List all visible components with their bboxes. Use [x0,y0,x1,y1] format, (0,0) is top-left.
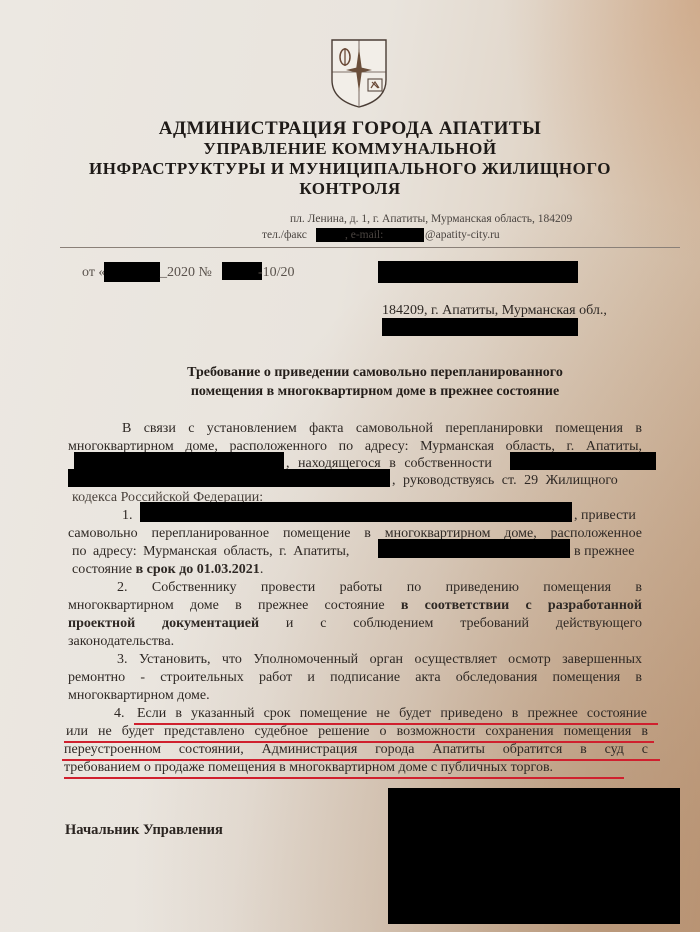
item4-line3: переустроенном состоянии, Администрация … [64,741,648,759]
item2-line2: многоквартирном доме в прежнее состояние… [68,597,642,615]
item1-line3-start: по адресу: Мурманская область, г. Апатит… [72,543,349,561]
redacted-recipient-name [378,261,578,283]
intro-line4: , руководствуясь ст. 29 Жилищного [392,472,618,490]
org-department-line3: КОНТРОЛЯ [0,179,700,199]
email-domain: @apatity-city.ru [425,229,500,241]
item1-line3-end: в прежнее [574,543,634,561]
item2-line4: законодательства. [68,633,174,651]
ref-from: от « [82,264,105,282]
org-department-line1: УПРАВЛЕНИЕ КОММУНАЛЬНОЙ [0,139,700,159]
item1-deadline: в срок до 01.03.2021 [136,562,260,577]
document-title-line1: Требование о приведении самовольно переп… [150,363,600,382]
redacted-email-user [384,228,424,242]
org-name: АДМИНИСТРАЦИЯ ГОРОДА АПАТИТЫ [0,118,700,140]
item3-line2: ремонтно - строительных работ и подписан… [68,669,642,687]
email-label: , e-mail: [345,229,383,241]
redacted-recipient-street [382,318,578,336]
redacted-number [222,262,262,280]
header-divider [60,247,680,248]
item1-number: 1. [122,507,133,525]
org-department-line2: ИНФРАСТРУКТУРЫ И МУНИЦИПАЛЬНОГО ЖИЛИЩНОГ… [0,159,700,179]
item2-line2-bold: в соответствии с разработанной [401,598,642,613]
item3-line3: многоквартирном доме. [68,687,210,705]
ref-year: _2020 № [160,264,212,282]
item1-line4-start: состояние [72,562,136,577]
org-address: пл. Ленина, д. 1, г. Апатиты, Мурманская… [290,213,572,225]
item4-line4: требованием о продаже помещения в многок… [64,759,553,777]
item2-line1: 2. Собственнику провести работы по приве… [117,579,642,597]
tel-label: тел./факс [262,229,307,241]
item3-line1: 3. Установить, что Уполномоченный орган … [117,651,642,669]
item4-line1: Если в указанный срок помещение не будет… [137,705,647,723]
document-title-line2: помещения в многоквартирном доме в прежн… [150,382,600,401]
item1-line1-end: , привести [574,507,636,525]
item2-line2-start: многоквартирном доме в прежнее состояние [68,598,401,613]
redacted-owner-cont [68,469,390,487]
item2-line3-end: и с соблюдением требований действующего [259,616,642,631]
ref-number-suffix: -10/20 [258,264,295,282]
redacted-signature [388,788,680,924]
red-underline-4 [64,777,624,779]
redacted-owner [510,452,656,470]
redacted-item1-subject [140,502,572,522]
redacted-address [74,452,284,470]
coat-of-arms-icon [328,36,390,110]
item1-line4-end: . [260,562,264,577]
signatory-position: Начальник Управления [65,822,223,839]
item2-line3-bold: проектной документацией [68,616,259,631]
redacted-date [104,262,160,282]
document-title: Требование о приведении самовольно переп… [150,363,600,401]
item4-line2: или не будет представлено судебное решен… [66,723,648,741]
redacted-item1-address [378,539,570,558]
item1-line4: состояние в срок до 01.03.2021. [72,561,263,579]
item4-number: 4. [114,705,125,723]
item2-line3: проектной документацией и с соблюдением … [68,615,642,633]
intro-line1: В связи с установлением факта самовольно… [122,420,642,438]
